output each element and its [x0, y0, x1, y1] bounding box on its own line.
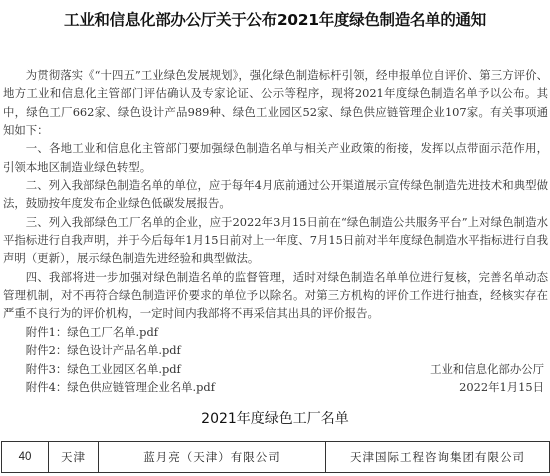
paragraph-intro: 为贯彻落实《“十四五”工业绿色发展规划》，强化绿色制造标杆引领，经申报单位自评价…: [3, 66, 548, 139]
issue-date: 2022年1月15日: [430, 378, 544, 396]
signature-block: 工业和信息化部办公厅 2022年1月15日: [430, 360, 544, 397]
factory-list-table: 40 天津 蓝月亮（天津）有限公司 天津国际工程咨询集团有限公司: [1, 441, 550, 473]
paragraph-item-3: 三、列入我部绿色工厂名单的企业，应于2022年3月15日前在“绿色制造公共服务平…: [3, 213, 548, 268]
attachment-1-link[interactable]: 附件1：绿色工厂名单.pdf: [26, 325, 158, 339]
table-row: 40 天津 蓝月亮（天津）有限公司 天津国际工程咨询集团有限公司: [2, 442, 550, 473]
attachment-2[interactable]: 附件2：绿色设计产品名单.pdf: [3, 341, 548, 359]
notice-title: 工业和信息化部办公厅关于公布2021年度绿色制造名单的通知: [0, 8, 550, 30]
attachment-1[interactable]: 附件1：绿色工厂名单.pdf: [3, 323, 548, 341]
row-number: 40: [2, 442, 49, 473]
attachment-2-link[interactable]: 附件2：绿色设计产品名单.pdf: [26, 343, 181, 357]
attachment-4-link[interactable]: 附件4：绿色供应链管理企业名单.pdf: [26, 380, 215, 394]
paragraph-item-2: 二、列入我部绿色制造名单的单位，应于每年4月底前通过公开渠道展示宣传绿色制造先进…: [3, 176, 548, 213]
paragraph-item-4: 四、我部将进一步加强对绿色制造名单的监督管理，适时对绿色制造名单单位进行复核，完…: [3, 268, 548, 323]
row-evaluator: 天津国际工程咨询集团有限公司: [326, 442, 550, 473]
issuer-name: 工业和信息化部办公厅: [430, 360, 544, 378]
factory-list-title: 2021年度绿色工厂名单: [0, 408, 550, 428]
row-company: 蓝月亮（天津）有限公司: [99, 442, 326, 473]
notice-body: 为贯彻落实《“十四五”工业绿色发展规划》，强化绿色制造标杆引领，经申报单位自评价…: [3, 66, 548, 396]
paragraph-item-1: 一、各地工业和信息化主管部门要加强绿色制造名单与相关产业政策的衔接，发挥以点带面…: [3, 139, 548, 176]
attachment-3-link[interactable]: 附件3：绿色工业园区名单.pdf: [26, 362, 181, 376]
row-region: 天津: [49, 442, 99, 473]
